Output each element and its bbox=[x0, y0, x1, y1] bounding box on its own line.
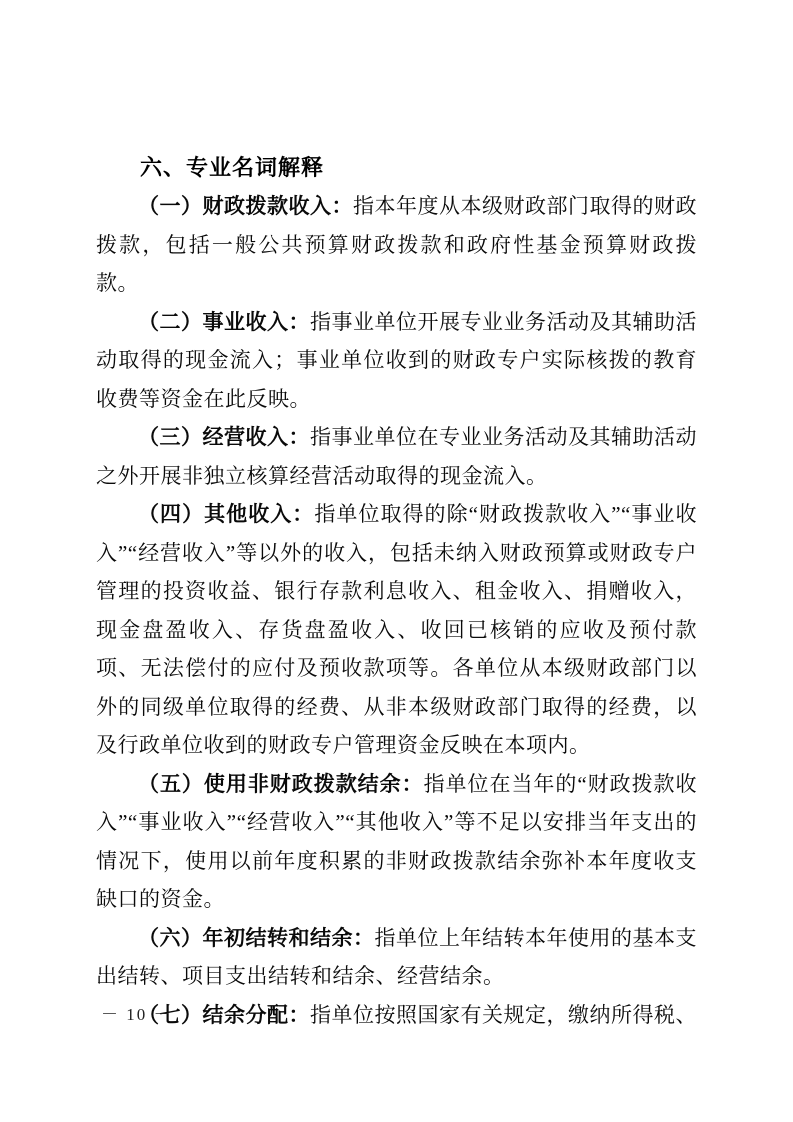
definition-paragraph: （一）财政拨款收入：指本年度从本级财政部门取得的财政拨款，包括一般公共预算财政拨… bbox=[96, 187, 697, 303]
term-label: （一）财政拨款收入： bbox=[138, 194, 353, 218]
term-label: （四）其他收入： bbox=[138, 502, 314, 526]
term-label: （六）年初结转和结余： bbox=[138, 926, 375, 950]
definition-paragraph: （二）事业收入：指事业单位开展专业业务活动及其辅助活动取得的现金流入；事业单位收… bbox=[96, 303, 697, 419]
definition-paragraph: （五）使用非财政拨款结余：指单位在当年的“财政拨款收入”“事业收入”“经营收入”… bbox=[96, 765, 697, 919]
term-definition: 指单位按照国家有关规定，缴纳所得税、 bbox=[310, 1003, 697, 1027]
document-content: 六、专业名词解释 （一）财政拨款收入：指本年度从本级财政部门取得的财政拨款，包括… bbox=[96, 148, 697, 1034]
definition-paragraph: （七）结余分配：指单位按照国家有关规定，缴纳所得税、 bbox=[96, 996, 697, 1035]
term-label: （二）事业收入： bbox=[138, 310, 310, 334]
term-label: （三）经营收入： bbox=[138, 425, 310, 449]
term-label: （五）使用非财政拨款结余： bbox=[138, 772, 424, 796]
document-page: 六、专业名词解释 （一）财政拨款收入：指本年度从本级财政部门取得的财政拨款，包括… bbox=[0, 0, 793, 1122]
page-number: － 10 － bbox=[101, 1000, 173, 1025]
definition-paragraph: （四）其他收入：指单位取得的除“财政拨款收入”“事业收入”“经营收入”等以外的收… bbox=[96, 495, 697, 765]
paragraphs-container: （一）财政拨款收入：指本年度从本级财政部门取得的财政拨款，包括一般公共预算财政拨… bbox=[96, 187, 697, 1034]
definition-paragraph: （六）年初结转和结余：指单位上年结转本年使用的基本支出结转、项目支出结转和结余、… bbox=[96, 919, 697, 996]
section-heading: 六、专业名词解释 bbox=[96, 148, 697, 187]
term-definition: 指单位取得的除“财政拨款收入”“事业收入”“经营收入”等以外的收入，包括未纳入财… bbox=[96, 502, 697, 757]
definition-paragraph: （三）经营收入：指事业单位在专业业务活动及其辅助活动之外开展非独立核算经营活动取… bbox=[96, 418, 697, 495]
